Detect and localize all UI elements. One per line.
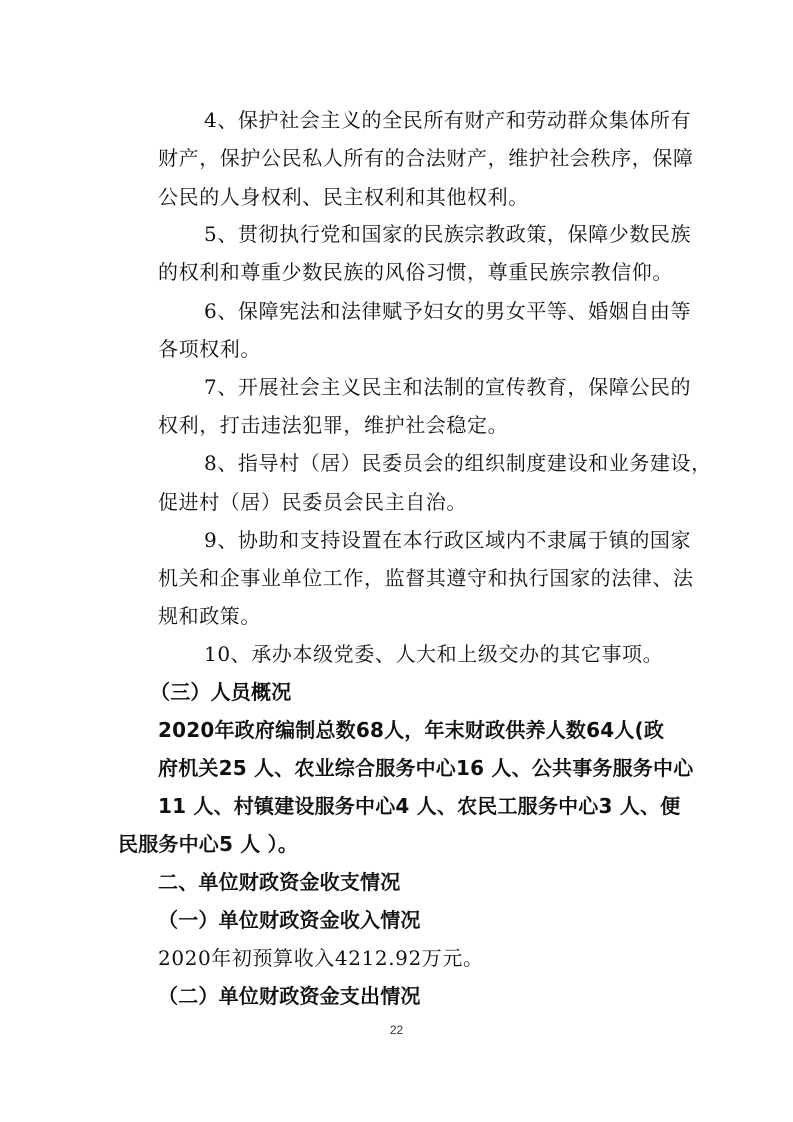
heading-line: （三）人员概况 xyxy=(150,680,291,704)
paragraph-line: 规和政策。 xyxy=(158,604,261,628)
paragraph-line: 各项权利。 xyxy=(158,337,261,361)
paragraph-line: 机关和企事业单位工作，监督其遵守和执行国家的法律、法 xyxy=(158,566,694,590)
paragraph-line: 8、指导村（居）民委员会的组织制度建设和业务建设， xyxy=(204,451,712,475)
heading-line: （一）单位财政资金收入情况 xyxy=(158,908,421,932)
heading-line: 府机关25 人、农业综合服务中心16 人、公共事务服务中心 xyxy=(158,756,693,780)
paragraph-line: 5、贯彻执行党和国家的民族宗教政策，保障少数民族 xyxy=(204,222,691,246)
heading-line: 二、单位财政资金收支情况 xyxy=(158,870,400,894)
page-number: 22 xyxy=(0,1023,793,1037)
paragraph-line: 9、协助和支持设置在本行政区域内不隶属于镇的国家 xyxy=(204,528,691,552)
paragraph-line: 的权利和尊重少数民族的风俗习惯，尊重民族宗教信仰。 xyxy=(158,260,673,284)
paragraph-line: 2020年初预算收入4212.92万元。 xyxy=(158,946,484,970)
heading-line: 民服务中心5 人 ）。 xyxy=(118,832,298,856)
heading-line: （二）单位财政资金支出情况 xyxy=(158,984,421,1008)
paragraph-line: 公民的人身权利、民主权利和其他权利。 xyxy=(158,185,529,209)
paragraph-line: 6、保障宪法和法律赋予妇女的男女平等、婚姻自由等 xyxy=(204,299,691,323)
paragraph-line: 7、开展社会主义民主和法制的宣传教育，保障公民的 xyxy=(204,375,691,399)
paragraph-line: 财产，保护公民私人所有的合法财产，维护社会秩序，保障 xyxy=(158,146,694,170)
paragraph-line: 4、保护社会主义的全民所有财产和劳动群众集体所有 xyxy=(204,108,691,132)
paragraph-line: 促进村（居）民委员会民主自治。 xyxy=(158,490,467,514)
paragraph-line: 10、承办本级党委、人大和上级交办的其它事项。 xyxy=(204,642,663,666)
heading-line: 2020年政府编制总数68人，年末财政供养人数64人(政 xyxy=(158,718,664,742)
heading-line: 11 人、村镇建设服务中心4 人、农民工服务中心3 人、便 xyxy=(158,794,680,818)
document-page: 4、保护社会主义的全民所有财产和劳动群众集体所有财产，保护公民私人所有的合法财产… xyxy=(0,0,793,1122)
paragraph-line: 权利，打击违法犯罪，维护社会稳定。 xyxy=(158,413,508,437)
